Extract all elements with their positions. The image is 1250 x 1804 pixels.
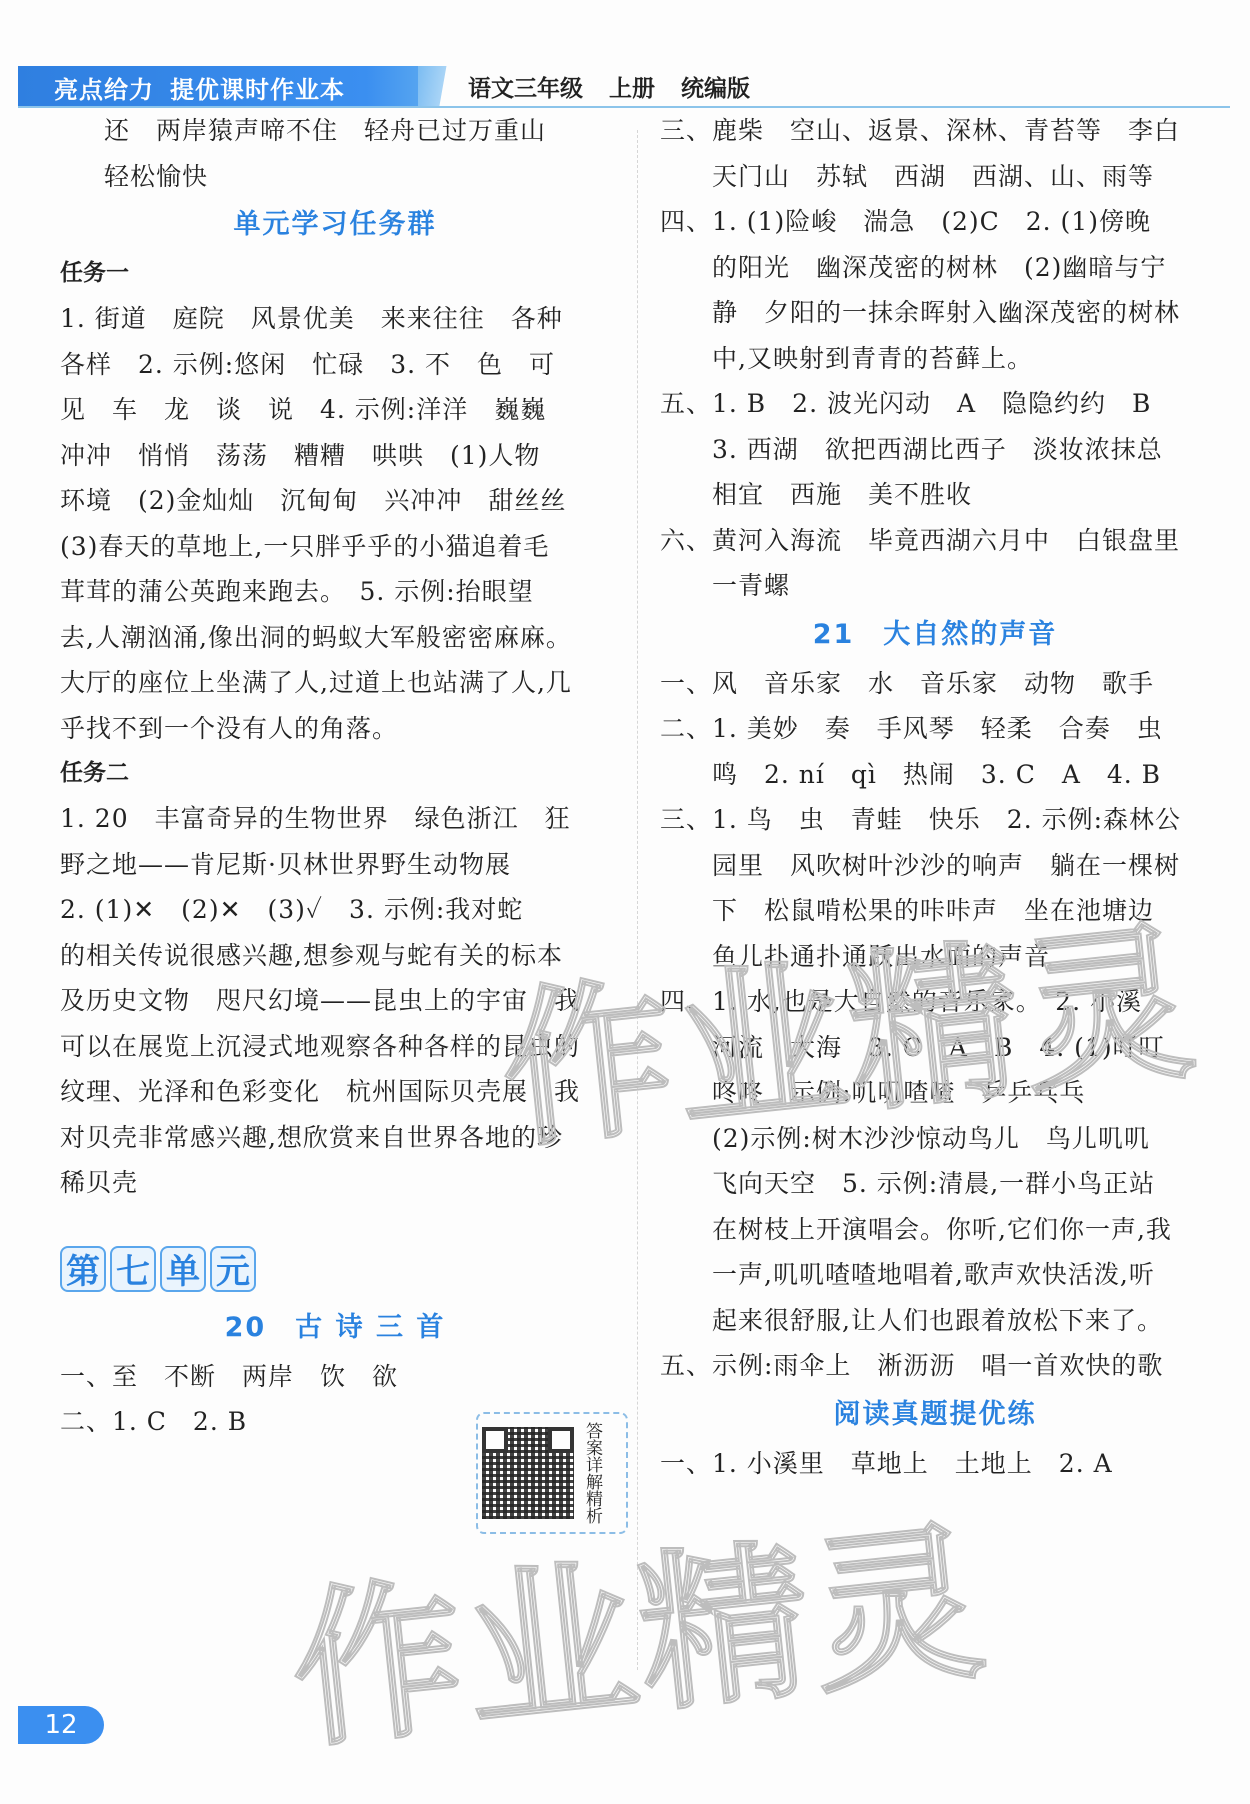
task-heading: 任务一 bbox=[60, 251, 610, 296]
answer-line: 及历史文物 咫尺幻境——昆虫上的宇宙 我 bbox=[60, 978, 610, 1024]
answer-line: 环境 (2)金灿灿 沉甸甸 兴冲冲 甜丝丝 bbox=[60, 478, 610, 524]
answer-line: 鱼儿扑通扑通跃出水面的声音 bbox=[660, 934, 1210, 980]
unit-banner-char: 七 bbox=[110, 1246, 156, 1292]
answer-line: 下 松鼠啃松果的咔咔声 坐在池塘边 bbox=[660, 888, 1210, 934]
answer-line: 一、1. 小溪里 草地上 土地上 2. A bbox=[660, 1441, 1210, 1487]
answer-line: 可以在展览上沉浸式地观察各种各样的昆虫的 bbox=[60, 1024, 610, 1070]
watermark: 作业精灵 bbox=[279, 1464, 997, 1780]
answer-line: (2)示例:树木沙沙惊动鸟儿 鸟儿叽叽 bbox=[660, 1116, 1210, 1162]
answer-line: 大厅的座位上坐满了人,过道上也站满了人,几 bbox=[60, 660, 610, 706]
answer-line: 静 夕阳的一抹余晖射入幽深茂密的树林 bbox=[660, 290, 1210, 336]
section-heading: 20 古 诗 三 首 bbox=[60, 1302, 610, 1354]
answer-line: 六、黄河入海流 毕竟西湖六月中 白银盘里 bbox=[660, 518, 1210, 564]
answer-line: 1. 20 丰富奇异的生物世界 绿色浙江 狂 bbox=[60, 796, 610, 842]
section-heading: 阅读真题提优练 bbox=[660, 1389, 1210, 1441]
answer-line: 还 两岸猿声啼不住 轻舟已过万重山 bbox=[60, 108, 610, 154]
answer-line: (3)春天的草地上,一只胖乎乎的小猫追着毛 bbox=[60, 524, 610, 570]
book-info: 语文三年级上册统编版 bbox=[468, 70, 776, 103]
answer-line: 五、1. B 2. 波光闪动 A 隐隐约约 B bbox=[660, 381, 1210, 427]
answer-line: 中,又映射到青青的苔藓上。 bbox=[660, 336, 1210, 382]
answer-line: 在树枝上开演唱会。你听,它们你一声,我 bbox=[660, 1207, 1210, 1253]
brand-series: 提优课时作业本 bbox=[170, 76, 345, 104]
brand-title: 亮点给力提优课时作业本 bbox=[54, 70, 345, 105]
answer-line: 乎找不到一个没有人的角落。 bbox=[60, 706, 610, 752]
qr-code-icon bbox=[482, 1427, 574, 1519]
unit-banner-char: 单 bbox=[160, 1246, 206, 1292]
answer-line: 三、鹿柴 空山、返景、深林、青苔等 李白 bbox=[660, 108, 1210, 154]
book-edition: 统编版 bbox=[681, 76, 750, 102]
answer-line: 轻松愉快 bbox=[60, 154, 610, 200]
answer-line: 园里 风吹树叶沙沙的响声 躺在一棵树 bbox=[660, 843, 1210, 889]
answer-line: 二、1. 美妙 奏 手风琴 轻柔 合奏 虫 bbox=[660, 706, 1210, 752]
answer-line: 冲冲 悄悄 荡荡 糟糟 哄哄 (1)人物 bbox=[60, 433, 610, 479]
book-subject-grade: 语文三年级 bbox=[468, 76, 583, 102]
answer-line: 3. 西湖 欲把西湖比西子 淡妆浓抹总 bbox=[660, 427, 1210, 473]
answer-line: 1. 街道 庭院 风景优美 来来往往 各种 bbox=[60, 296, 610, 342]
answer-line: 2. (1)✕ (2)✕ (3)✓ 3. 示例:我对蛇 bbox=[60, 887, 610, 933]
answer-line: 相宜 西施 美不胜收 bbox=[660, 472, 1210, 518]
answer-line: 的相关传说很感兴趣,想参观与蛇有关的标本 bbox=[60, 933, 610, 979]
answer-line: 稀贝壳 bbox=[60, 1160, 610, 1206]
task-heading: 任务二 bbox=[60, 751, 610, 796]
section-heading: 21 大自然的声音 bbox=[660, 609, 1210, 661]
qr-label: 答案详解精析 bbox=[580, 1422, 605, 1524]
unit-banner-char: 第 bbox=[60, 1246, 106, 1292]
answer-line: 四、1. (1)险峻 湍急 (2)C 2. (1)傍晚 bbox=[660, 199, 1210, 245]
answer-line: 一、至 不断 两岸 饮 欲 bbox=[60, 1354, 610, 1400]
section-heading: 单元学习任务群 bbox=[60, 199, 610, 251]
answer-qr-code[interactable]: 答案详解精析 bbox=[476, 1412, 628, 1534]
answer-line: 鸣 2. ní qì 热闹 3. C A 4. B bbox=[660, 752, 1210, 798]
answer-line: 一、风 音乐家 水 音乐家 动物 歌手 bbox=[660, 661, 1210, 707]
brand-name: 亮点给力 bbox=[54, 76, 154, 104]
answer-line: 天门山 苏轼 西湖 西湖、山、雨等 bbox=[660, 154, 1210, 200]
answer-line: 见 车 龙 谈 说 4. 示例:洋洋 巍巍 bbox=[60, 387, 610, 433]
answer-line: 茸茸的蒲公英跑来跑去。 5. 示例:抬眼望 bbox=[60, 569, 610, 615]
answer-line: 咚咚 示例:叽叽喳喳 乒乒乓乓 bbox=[660, 1070, 1210, 1116]
answer-line: 起来很舒服,让人们也跟着放松下来了。 bbox=[660, 1298, 1210, 1344]
answer-line: 野之地——肯尼斯·贝林世界野生动物展 bbox=[60, 842, 610, 888]
answer-line: 的阳光 幽深茂密的树林 (2)幽暗与宁 bbox=[660, 245, 1210, 291]
answer-line: 去,人潮汹涌,像出洞的蚂蚁大军般密密麻麻。 bbox=[60, 615, 610, 661]
answer-line: 四、1. 水,也是大自然的音乐家。 2. 小溪 bbox=[660, 979, 1210, 1025]
unit-banner: 第七单元 bbox=[60, 1246, 610, 1302]
book-volume: 上册 bbox=[609, 76, 655, 102]
right-column: 三、鹿柴 空山、返景、深林、青苔等 李白天门山 苏轼 西湖 西湖、山、雨等四、1… bbox=[660, 108, 1210, 1486]
column-divider bbox=[637, 130, 638, 1670]
answer-line: 各样 2. 示例:悠闲 忙碌 3. 不 色 可 bbox=[60, 342, 610, 388]
answer-line: 三、1. 鸟 虫 青蛙 快乐 2. 示例:森林公 bbox=[660, 797, 1210, 843]
answer-line: 五、示例:雨伞上 淅沥沥 唱一首欢快的歌 bbox=[660, 1343, 1210, 1389]
page-header: 亮点给力提优课时作业本 语文三年级上册统编版 bbox=[18, 66, 1230, 106]
answer-line: 对贝壳非常感兴趣,想欣赏来自世界各地的珍 bbox=[60, 1115, 610, 1161]
unit-banner-char: 元 bbox=[210, 1246, 256, 1292]
page-number: 12 bbox=[18, 1706, 104, 1744]
left-column: 还 两岸猿声啼不住 轻舟已过万重山轻松愉快单元学习任务群任务一1. 街道 庭院 … bbox=[60, 108, 610, 1445]
answer-line: 飞向天空 5. 示例:清晨,一群小鸟正站 bbox=[660, 1161, 1210, 1207]
header-slant-decoration bbox=[418, 66, 458, 106]
answer-line: 一青螺 bbox=[660, 563, 1210, 609]
answer-line: 一声,叽叽喳喳地唱着,歌声欢快活泼,听 bbox=[660, 1252, 1210, 1298]
answer-line: 河流 大海 3. C A B 4. (1)叮叮 bbox=[660, 1025, 1210, 1071]
answer-line: 纹理、光泽和色彩变化 杭州国际贝壳展 我 bbox=[60, 1069, 610, 1115]
